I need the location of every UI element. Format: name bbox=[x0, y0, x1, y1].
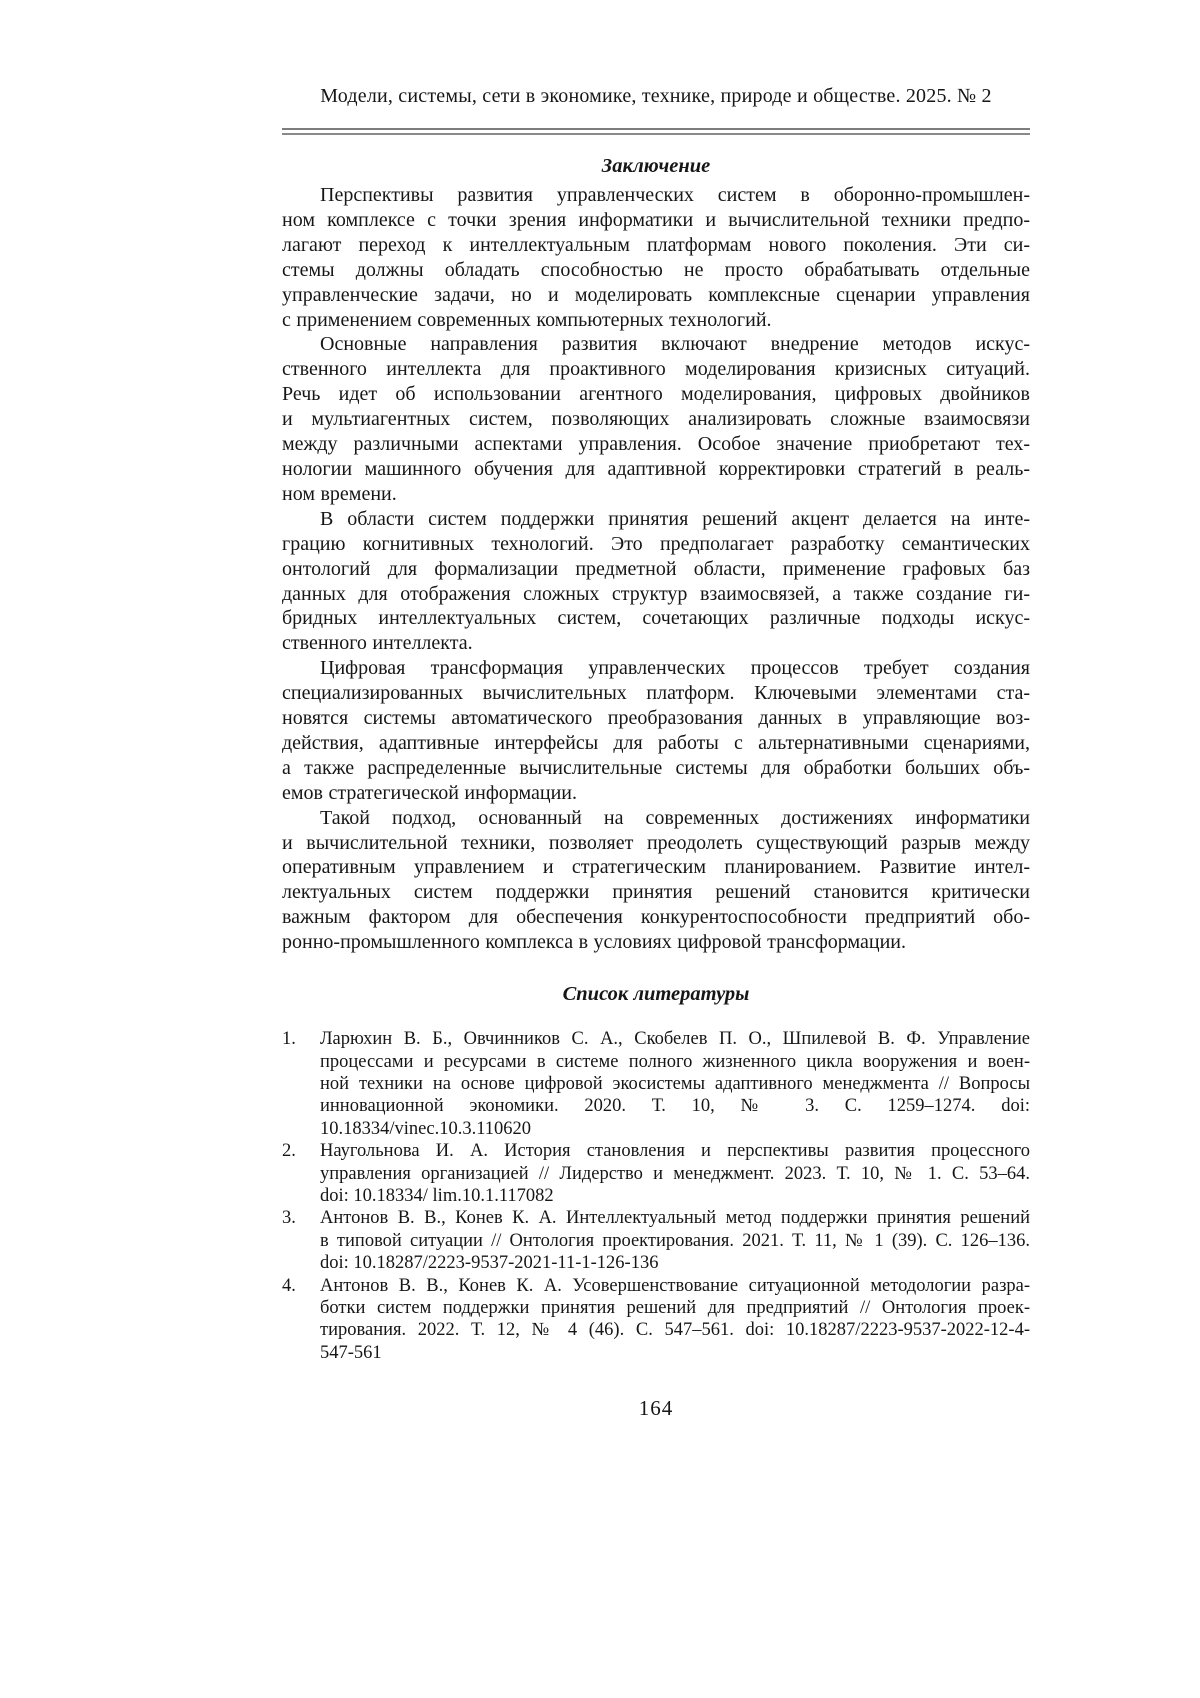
paragraph-line: ном комплексе с точки зрения информатики… bbox=[282, 208, 1030, 233]
paragraph-line: новятся системы автоматического преобраз… bbox=[282, 706, 1030, 731]
reference-number: 3. bbox=[282, 1207, 296, 1229]
paragraph-line: стемы должны обладать способностью не пр… bbox=[282, 258, 1030, 283]
paragraph-line: данных для отображения сложных структур … bbox=[282, 582, 1030, 607]
reference-number: 4. bbox=[282, 1275, 296, 1297]
paragraph-line: Речь идет об использовании агентного мод… bbox=[282, 382, 1030, 407]
page-number: 164 bbox=[282, 1396, 1030, 1421]
reference-line: 547-561 bbox=[320, 1342, 1030, 1364]
paragraph-line: Основные направления развития включают в… bbox=[282, 332, 1030, 357]
paragraph-line: лагают переход к интеллектуальным платфо… bbox=[282, 233, 1030, 258]
references-list: 1.Ларюхин В. Б., Овчинников С. А., Скобе… bbox=[282, 1028, 1030, 1364]
reference-line: тирования. 2022. Т. 12, № 4 (46). С. 547… bbox=[320, 1319, 1030, 1341]
reference-number: 1. bbox=[282, 1028, 296, 1050]
paragraph-line: В области систем поддержки принятия реше… bbox=[282, 507, 1030, 532]
paragraph-line: грацию когнитивных технологий. Это предп… bbox=[282, 532, 1030, 557]
paragraph-line: и мультиагентных систем, позволяющих ана… bbox=[282, 407, 1030, 432]
paragraph-line: Перспективы развития управленческих сист… bbox=[282, 183, 1030, 208]
reference-line: 10.18334/vinec.10.3.110620 bbox=[320, 1118, 1030, 1140]
paragraph-line: Цифровая трансформация управленческих пр… bbox=[282, 656, 1030, 681]
reference-number: 2. bbox=[282, 1140, 296, 1162]
reference-line: процессами и ресурсами в системе полного… bbox=[320, 1051, 1030, 1073]
paragraph-line: онтологий для формализации предметной об… bbox=[282, 557, 1030, 582]
paragraph: В области систем поддержки принятия реше… bbox=[282, 507, 1030, 656]
paragraph-line: с применением современных компьютерных т… bbox=[282, 308, 1030, 333]
reference-line: Антонов В. В., Конев К. А. Интеллектуаль… bbox=[320, 1207, 1030, 1229]
paragraph-line: нологии машинного обучения для адаптивно… bbox=[282, 457, 1030, 482]
reference-line: Наугольнова И. А. История становления и … bbox=[320, 1140, 1030, 1162]
paragraph-line: специализированных вычислительных платфо… bbox=[282, 681, 1030, 706]
reference-item: 4.Антонов В. В., Конев К. А. Усовершенст… bbox=[282, 1275, 1030, 1365]
reference-line: ботки систем поддержки принятия решений … bbox=[320, 1297, 1030, 1319]
reference-item: 2.Наугольнова И. А. История становления … bbox=[282, 1140, 1030, 1207]
paragraph-line: и вычислительной техники, позволяет прео… bbox=[282, 831, 1030, 856]
reference-item: 3.Антонов В. В., Конев К. А. Интеллектуа… bbox=[282, 1207, 1030, 1274]
references-heading: Список литературы bbox=[282, 981, 1030, 1007]
paragraph-line: между различными аспектами управления. О… bbox=[282, 432, 1030, 457]
paragraph-line: ронно-промышленного комплекса в условиях… bbox=[282, 930, 1030, 955]
reference-line: Ларюхин В. Б., Овчинников С. А., Скобеле… bbox=[320, 1028, 1030, 1050]
paragraph-line: оперативным управлением и стратегическим… bbox=[282, 855, 1030, 880]
paragraph-line: важным фактором для обеспечения конкурен… bbox=[282, 905, 1030, 930]
paragraph-line: емов стратегической информации. bbox=[282, 781, 1030, 806]
paragraph: Такой подход, основанный на современных … bbox=[282, 806, 1030, 955]
paragraph: Перспективы развития управленческих сист… bbox=[282, 183, 1030, 332]
header-double-rule bbox=[282, 128, 1030, 135]
reference-line: инновационной экономики. 2020. Т. 10, № … bbox=[320, 1095, 1030, 1117]
paragraph-line: Такой подход, основанный на современных … bbox=[282, 806, 1030, 831]
running-header: Модели, системы, сети в экономике, техни… bbox=[282, 84, 1030, 109]
paragraph: Цифровая трансформация управленческих пр… bbox=[282, 656, 1030, 805]
reference-line: ной техники на основе цифровой экосистем… bbox=[320, 1073, 1030, 1095]
paragraph: Основные направления развития включают в… bbox=[282, 332, 1030, 506]
paragraph-line: ном времени. bbox=[282, 482, 1030, 507]
reference-line: doi: 10.18334/ lim.10.1.117082 bbox=[320, 1185, 1030, 1207]
journal-page: Модели, системы, сети в экономике, техни… bbox=[0, 0, 1200, 1698]
paragraph-line: лектуальных систем поддержки принятия ре… bbox=[282, 880, 1030, 905]
conclusion-heading: Заключение bbox=[282, 153, 1030, 179]
paragraph-line: ственного интеллекта для проактивного мо… bbox=[282, 357, 1030, 382]
paragraph-line: ственного интеллекта. bbox=[282, 631, 1030, 656]
paragraph-line: бридных интеллектуальных систем, сочетаю… bbox=[282, 606, 1030, 631]
reference-line: управления организацией // Лидерство и м… bbox=[320, 1163, 1030, 1185]
reference-item: 1.Ларюхин В. Б., Овчинников С. А., Скобе… bbox=[282, 1028, 1030, 1140]
page-content: Модели, системы, сети в экономике, техни… bbox=[282, 0, 1030, 1421]
reference-line: в типовой ситуации // Онтология проектир… bbox=[320, 1230, 1030, 1252]
paragraph-line: действия, адаптивные интерфейсы для рабо… bbox=[282, 731, 1030, 756]
paragraph-line: управленческие задачи, но и моделировать… bbox=[282, 283, 1030, 308]
paragraph-line: а также распределенные вычислительные си… bbox=[282, 756, 1030, 781]
conclusion-body: Перспективы развития управленческих сист… bbox=[282, 183, 1030, 955]
reference-line: doi: 10.18287/2223-9537-2021-11-1-126-13… bbox=[320, 1252, 1030, 1274]
reference-line: Антонов В. В., Конев К. А. Усовершенство… bbox=[320, 1275, 1030, 1297]
